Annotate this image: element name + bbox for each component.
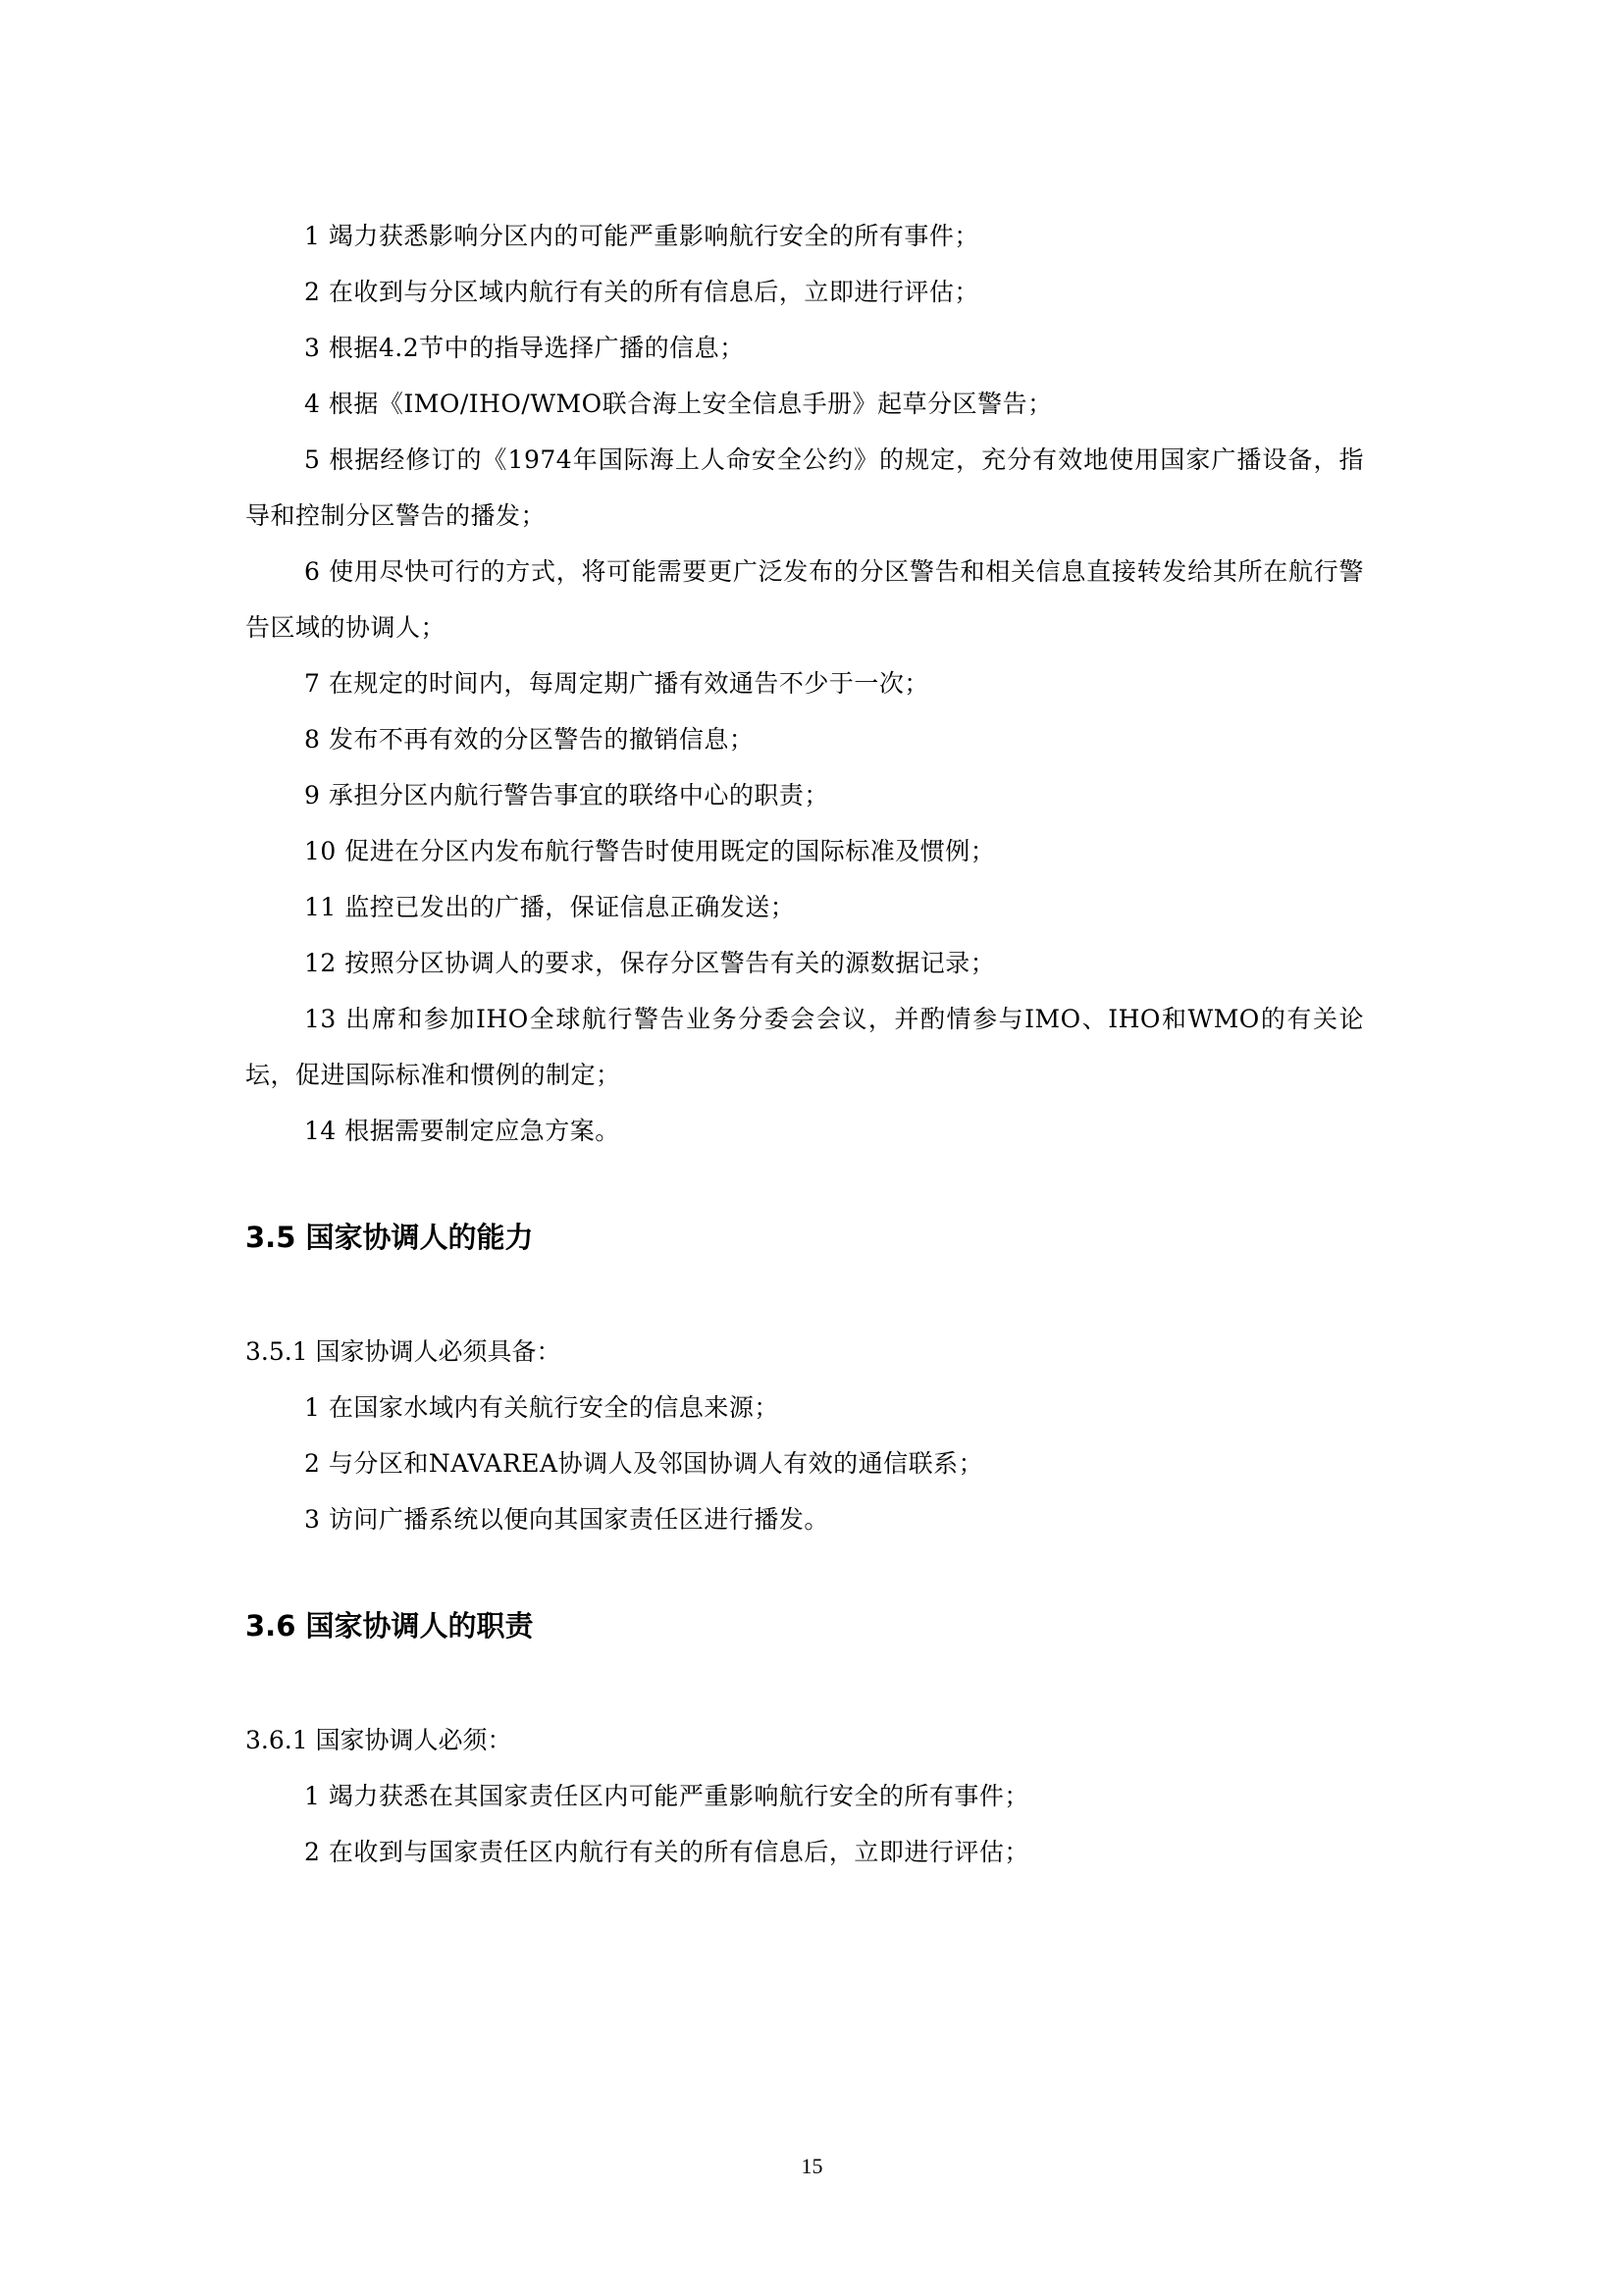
list-item: 3 访问广播系统以便向其国家责任区进行播发。 <box>245 1491 1364 1547</box>
list-item: 2 与分区和NAVAREA协调人及邻国协调人有效的通信联系； <box>245 1435 1364 1491</box>
list-item: 1 在国家水域内有关航行安全的信息来源； <box>245 1380 1364 1435</box>
section-heading-3-5: 3.5 国家协调人的能力 <box>245 1218 1364 1257</box>
list-item: 13 出席和参加IHO全球航行警告业务分委会会议，并酌情参与IMO、IHO和WM… <box>245 991 1364 1103</box>
page-number: 15 <box>0 2154 1624 2179</box>
list-item: 9 承担分区内航行警告事宜的联络中心的职责； <box>245 767 1364 823</box>
document-page: 1 竭力获悉影响分区内的可能严重影响航行安全的所有事件； 2 在收到与分区域内航… <box>0 0 1624 2295</box>
list-item: 6 使用尽快可行的方式，将可能需要更广泛发布的分区警告和相关信息直接转发给其所在… <box>245 544 1364 655</box>
subsection-heading-3-6-1: 3.6.1 国家协调人必须： <box>245 1712 1364 1768</box>
list-item: 12 按照分区协调人的要求，保存分区警告有关的源数据记录； <box>245 935 1364 991</box>
list-item: 7 在规定的时间内，每周定期广播有效通告不少于一次； <box>245 655 1364 711</box>
capabilities-list: 1 在国家水域内有关航行安全的信息来源； 2 与分区和NAVAREA协调人及邻国… <box>245 1380 1364 1547</box>
list-item: 11 监控已发出的广播，保证信息正确发送； <box>245 879 1364 935</box>
page-content: 1 竭力获悉影响分区内的可能严重影响航行安全的所有事件； 2 在收到与分区域内航… <box>245 208 1364 1880</box>
list-item: 1 竭力获悉在其国家责任区内可能严重影响航行安全的所有事件； <box>245 1768 1364 1824</box>
section-heading-3-6: 3.6 国家协调人的职责 <box>245 1606 1364 1645</box>
duties-list: 1 竭力获悉影响分区内的可能严重影响航行安全的所有事件； 2 在收到与分区域内航… <box>245 208 1364 1159</box>
list-item: 1 竭力获悉影响分区内的可能严重影响航行安全的所有事件； <box>245 208 1364 264</box>
list-item: 2 在收到与分区域内航行有关的所有信息后，立即进行评估； <box>245 264 1364 320</box>
list-item: 14 根据需要制定应急方案。 <box>245 1103 1364 1159</box>
responsibilities-list: 1 竭力获悉在其国家责任区内可能严重影响航行安全的所有事件； 2 在收到与国家责… <box>245 1768 1364 1880</box>
list-item: 3 根据4.2节中的指导选择广播的信息； <box>245 320 1364 376</box>
list-item: 4 根据《IMO/IHO/WMO联合海上安全信息手册》起草分区警告； <box>245 376 1364 432</box>
list-item: 10 促进在分区内发布航行警告时使用既定的国际标准及惯例； <box>245 823 1364 879</box>
list-item: 5 根据经修订的《1974年国际海上人命安全公约》的规定，充分有效地使用国家广播… <box>245 432 1364 544</box>
subsection-heading-3-5-1: 3.5.1 国家协调人必须具备： <box>245 1324 1364 1380</box>
list-item: 2 在收到与国家责任区内航行有关的所有信息后，立即进行评估； <box>245 1824 1364 1880</box>
list-item: 8 发布不再有效的分区警告的撤销信息； <box>245 711 1364 767</box>
